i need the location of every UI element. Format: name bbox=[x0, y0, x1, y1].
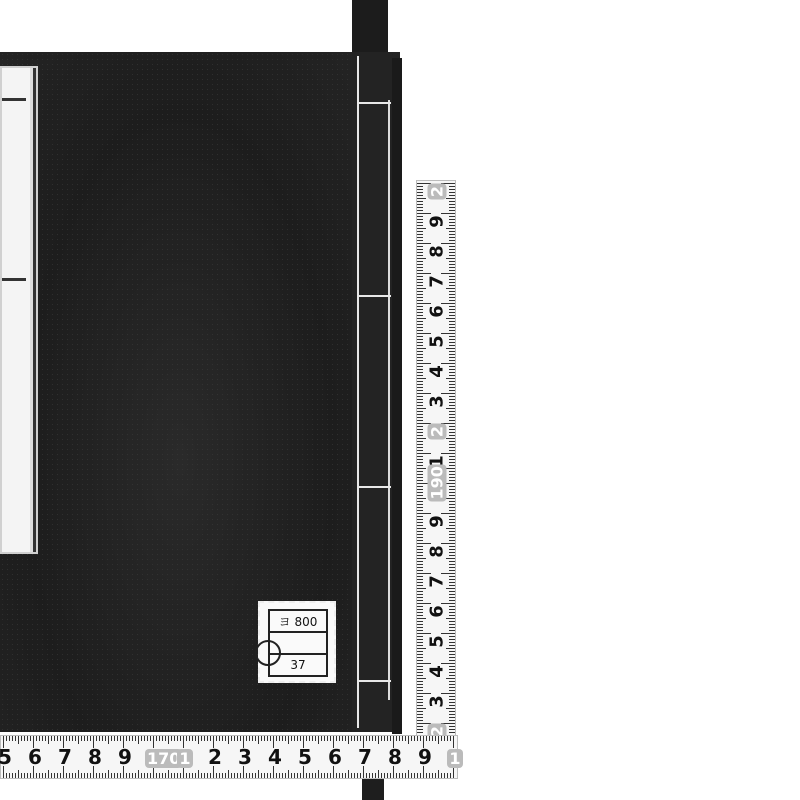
ruler-label: 3 bbox=[235, 745, 255, 769]
ruler-label: 4 bbox=[427, 662, 448, 682]
ruler-label: 1 bbox=[175, 745, 195, 769]
ruler-label: 3 bbox=[427, 392, 448, 412]
ruler-label: 5 bbox=[295, 745, 315, 769]
ruler-label: 9 bbox=[115, 745, 135, 769]
ruler-label: 5 bbox=[427, 632, 448, 652]
ruler-label: 4 bbox=[265, 745, 285, 769]
ruler-label: 190 bbox=[427, 482, 448, 502]
ruler-label: 2 bbox=[427, 182, 448, 202]
ruler-label: 7 bbox=[427, 572, 448, 592]
ruler-label: 4 bbox=[427, 362, 448, 382]
ruler-label: 1 bbox=[445, 745, 465, 769]
spine-tie bbox=[357, 486, 391, 488]
spine-tie bbox=[357, 102, 391, 104]
spine-thread-line-inner bbox=[388, 100, 390, 700]
ruler-label: 8 bbox=[427, 542, 448, 562]
ruler-label: 7 bbox=[55, 745, 75, 769]
ruler-label: 5 bbox=[427, 332, 448, 352]
ruler-label: 7 bbox=[355, 745, 375, 769]
vertical-ruler: 298765432119098765432 bbox=[416, 180, 456, 742]
slip-glyph-stroke bbox=[2, 278, 26, 281]
spine-edge bbox=[392, 58, 402, 734]
ruler-label: 6 bbox=[325, 745, 345, 769]
ruler-label: 9 bbox=[427, 212, 448, 232]
ruler-label: 2 bbox=[427, 422, 448, 442]
spine-tie bbox=[357, 680, 391, 682]
ruler-label: 6 bbox=[427, 302, 448, 322]
ruler-label: 8 bbox=[85, 745, 105, 769]
spine-thread-line bbox=[357, 56, 359, 728]
ruler-label: 6 bbox=[427, 602, 448, 622]
seal-stamp-icon bbox=[255, 640, 281, 666]
ruler-label: 8 bbox=[427, 242, 448, 262]
binding-strap-top bbox=[352, 0, 388, 60]
slip-glyph-stroke bbox=[2, 98, 26, 101]
ruler-label: 5 bbox=[0, 745, 15, 769]
ruler-label: 6 bbox=[25, 745, 45, 769]
ruler-label: 9 bbox=[427, 512, 448, 532]
title-slip bbox=[0, 66, 38, 554]
ruler-label: 2 bbox=[205, 745, 225, 769]
ruler-label: 3 bbox=[427, 692, 448, 712]
ruler-label: 7 bbox=[427, 272, 448, 292]
ruler-label: 9 bbox=[415, 745, 435, 769]
ruler-label: 170 bbox=[145, 745, 165, 769]
spine-tie bbox=[357, 295, 391, 297]
label-line-1: ヨ 800 bbox=[270, 611, 326, 633]
ruler-label: 8 bbox=[385, 745, 405, 769]
horizontal-ruler: 567891701234567891 bbox=[0, 735, 458, 779]
